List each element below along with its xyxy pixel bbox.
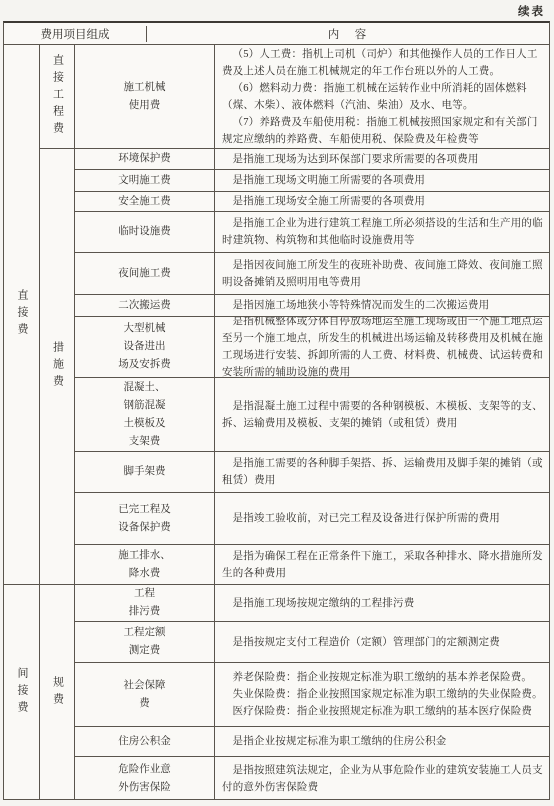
item-content-cell: 是指施工现场按规定缴纳的工程排污费 [215, 585, 549, 622]
item-name-cell: 二次搬运费 [75, 295, 215, 317]
content-paragraph: 是指施工现场文明施工所需要的各项费用 [222, 172, 543, 189]
group-direct-fee: 直接费 [4, 45, 40, 585]
content-paragraph: 是指竣工验收前，对已完工程及设备进行保护所需的费用 [222, 510, 543, 527]
fee-composition-table: 费用项目组成 内 容 直接费 间接费 直接工程费 措施费 规费 施工机械 使用费… [3, 21, 550, 800]
content-paragraph: 是指机械整体或分体自停放场地运至施工现场或由一个施工地点运至另一个施工地点，所发… [222, 317, 543, 378]
item-name-cell: 危险作业意 外伤害保险 [75, 757, 215, 800]
content-paragraph: 是指混凝土施工过程中需要的各种钢模板、木模板、支架等的支、拆、运输费用及模板、支… [222, 398, 543, 432]
item-content-cell: 是指企业按规定标准为职工缴纳的住房公积金 [215, 727, 549, 757]
group-regulation-fee: 规费 [40, 585, 75, 800]
content-paragraph: （5）人工费：指机上司机（司炉）和其他操作人员的工作日人工费及上述人员在施工机械… [222, 46, 543, 80]
item-name-cell: 工程 排污费 [75, 585, 215, 622]
item-content-cell: 是指施工现场安全施工所需要的各项费用 [215, 192, 549, 212]
item-name-cell: 已完工程及 设备保护费 [75, 493, 215, 545]
item-content-cell: 养老保险费：指企业按规定标准为职工缴纳的基本养老保险费。 失业保险费：指企业按照… [215, 663, 549, 727]
header-content: 内 容 [147, 26, 549, 42]
item-content-cell: 是指施工现场文明施工所需要的各项费用 [215, 170, 549, 192]
content-paragraph: 是指因施工场地狭小等特殊情况而发生的二次搬运费用 [222, 297, 543, 314]
item-content-cell: 是指机械整体或分体自停放场地运至施工现场或由一个施工地点运至另一个施工地点，所发… [215, 317, 549, 378]
item-content-cell: 是指施工现场为达到环保部门要求所需要的各项费用 [215, 149, 549, 170]
table-header-row: 费用项目组成 内 容 [4, 23, 549, 45]
item-name-cell: 夜间施工费 [75, 253, 215, 295]
item-content-cell: 是指施工企业为进行建筑工程施工所必须搭设的生活和生产用的临时建筑物、构筑物和其他… [215, 212, 549, 253]
content-paragraph: 养老保险费：指企业按规定标准为职工缴纳的基本养老保险费。 [222, 669, 543, 686]
item-name-cell: 混凝土、 钢筋混凝 土模板及 支架费 [75, 378, 215, 452]
item-name-cell: 工程定额 测定费 [75, 622, 215, 663]
content-paragraph: 是指施工现场安全施工所需要的各项费用 [222, 193, 543, 210]
item-name-cell: 大型机械 设备进出 场及安拆费 [75, 317, 215, 378]
content-paragraph: 是指施工企业为进行建筑工程施工所必须搭设的生活和生产用的临时建筑物、构筑物和其他… [222, 215, 543, 249]
group-indirect-fee: 间接费 [4, 585, 40, 800]
group-direct-engineering-fee: 直接工程费 [40, 45, 75, 149]
item-content-cell: 是指按规定支付工程造价（定额）管理部门的定额测定费 [215, 622, 549, 663]
item-name-cell: 住房公积金 [75, 727, 215, 757]
content-paragraph: 是指施工需要的各种脚手架搭、拆、运输费用及脚手架的摊销（或租赁）费用 [222, 455, 543, 489]
item-content-cell: 是指施工需要的各种脚手架搭、拆、运输费用及脚手架的摊销（或租赁）费用 [215, 452, 549, 493]
item-name-cell: 施工机械 使用费 [75, 45, 215, 149]
item-content-cell: 是指混凝土施工过程中需要的各种钢模板、木模板、支架等的支、拆、运输费用及模板、支… [215, 378, 549, 452]
item-name-cell: 安全施工费 [75, 192, 215, 212]
item-content-cell: 是指竣工验收前，对已完工程及设备进行保护所需的费用 [215, 493, 549, 545]
item-name-cell: 临时设施费 [75, 212, 215, 253]
content-paragraph: 是指施工现场按规定缴纳的工程排污费 [222, 595, 543, 612]
item-content-cell: 是指按照建筑法规定，企业为从事危险作业的建筑安装施工人员支付的意外伤害保险费 [215, 757, 549, 800]
item-content-cell: 是指为确保工程在正常条件下施工，采取各种排水、降水措施所发生的各种费用 [215, 545, 549, 585]
content-paragraph: 是指因夜间施工所发生的夜班补助费、夜间施工降效、夜间施工照明设备摊销及照明用电等… [222, 257, 543, 291]
content-paragraph: （6）燃料动力费：指施工机械在运转作业中所消耗的固体燃料（煤、木柴）、液体燃料（… [222, 80, 543, 114]
item-content-cell: （5）人工费：指机上司机（司炉）和其他操作人员的工作日人工费及上述人员在施工机械… [215, 45, 549, 149]
item-content-cell: 是指因夜间施工所发生的夜班补助费、夜间施工降效、夜间施工照明设备摊销及照明用电等… [215, 253, 549, 295]
continued-table-label: 续表 [518, 3, 545, 19]
content-paragraph: （7）养路费及车船使用税：指施工机械按照国家规定和有关部门规定应缴纳的养路费、车… [222, 114, 543, 148]
content-paragraph: 失业保险费：指企业按照国家规定标准为职工缴纳的失业保险费。 [222, 686, 543, 703]
item-content-cell: 是指因施工场地狭小等特殊情况而发生的二次搬运费用 [215, 295, 549, 317]
item-name-cell: 社会保障 费 [75, 663, 215, 727]
header-fee-composition: 费用项目组成 [4, 26, 147, 42]
content-paragraph: 是指按规定支付工程造价（定额）管理部门的定额测定费 [222, 634, 543, 651]
content-paragraph: 是指施工现场为达到环保部门要求所需要的各项费用 [222, 151, 543, 168]
content-paragraph: 是指为确保工程在正常条件下施工，采取各种排水、降水措施所发生的各种费用 [222, 548, 543, 582]
item-name-cell: 文明施工费 [75, 170, 215, 192]
item-name-cell: 施工排水、 降水费 [75, 545, 215, 585]
item-name-cell: 环境保护费 [75, 149, 215, 170]
content-paragraph: 是指按照建筑法规定，企业为从事危险作业的建筑安装施工人员支付的意外伤害保险费 [222, 762, 543, 796]
content-paragraph: 是指企业按规定标准为职工缴纳的住房公积金 [222, 733, 543, 750]
content-paragraph: 医疗保险费：指企业按照规定标准为职工缴纳的基本医疗保险费 [222, 703, 543, 720]
item-name-cell: 脚手架费 [75, 452, 215, 493]
group-measure-fee: 措施费 [40, 149, 75, 585]
